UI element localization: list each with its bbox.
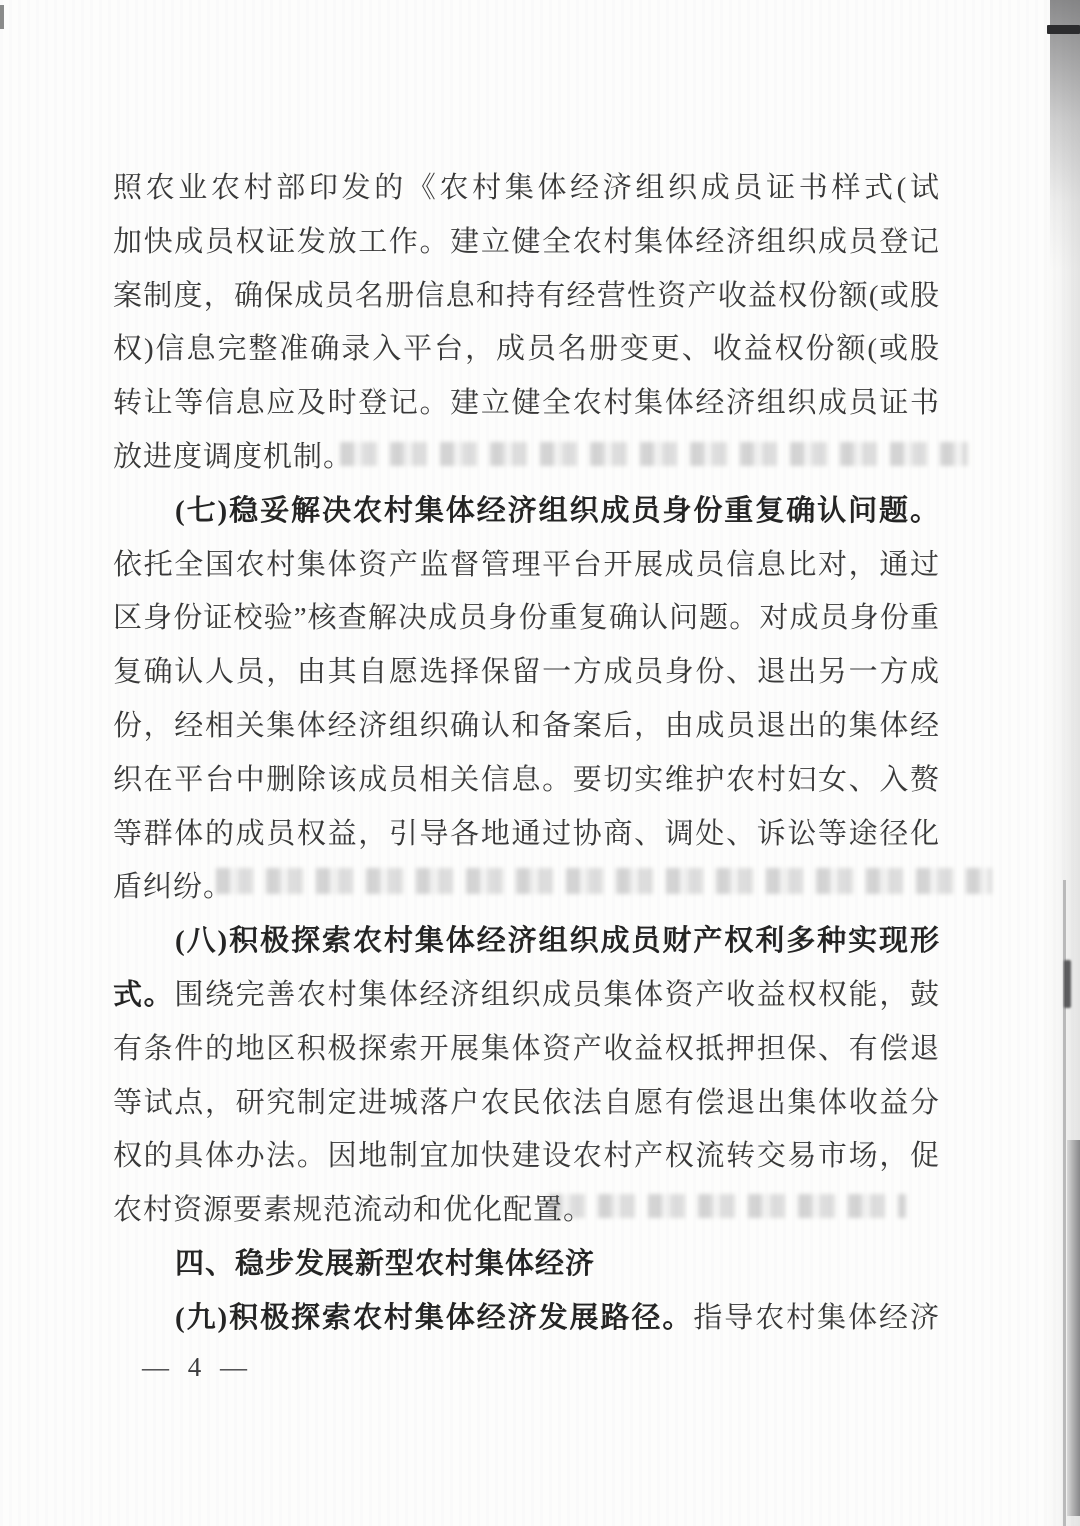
text-segment-bold: 式。 (113, 979, 174, 1011)
text-segment: 加快成员权证发放工作。建立健全农村集体经济组织成员登记备 (113, 226, 940, 270)
document-page: 照农业农村部印发的《农村集体经济组织成员证书样式(试行)》，加快成员权证发放工作… (0, 0, 1080, 1526)
text-line: (七)稳妥解决农村集体经济组织成员身份重复确认问题。 (113, 485, 940, 539)
text-line: 式。围绕完善农村集体经济组织成员集体资产收益权权能，鼓励 (113, 969, 940, 1023)
text-line: 四、稳步发展新型农村集体经济 (113, 1238, 940, 1292)
scan-edge-right-bottom (1067, 1140, 1080, 1516)
text-segment: 等群体的成员权益，引导各地通过协商、调处、诉讼等途径化解矛 (113, 818, 940, 862)
page-number: — 4 — (142, 1352, 253, 1383)
text-segment: 指导农村集体经济 (693, 1302, 940, 1334)
scan-edge-top-bar (0, 0, 672, 6)
text-line: 等试点，研究制定进城落户农民依法自愿有偿退出集体收益分配 (113, 1077, 940, 1131)
text-line: 等群体的成员权益，引导各地通过协商、调处、诉讼等途径化解矛 (113, 808, 940, 862)
text-segment: 照农业农村部印发的《农村集体经济组织成员证书样式(试行)》， (113, 172, 940, 216)
scan-edge-right-smudge (1064, 960, 1071, 1008)
text-line: 依托全国农村集体资产监督管理平台开展成员信息比对，通过“跨 (113, 539, 940, 593)
text-segment: 织在平台中删除该成员相关信息。要切实维护农村妇女、入赘婿 (113, 764, 940, 808)
text-segment: 放进度调度机制。 (113, 441, 353, 473)
text-line: (九)积极探索农村集体经济发展路径。指导农村集体经济 (113, 1292, 940, 1346)
document-lines: 照农业农村部印发的《农村集体经济组织成员证书样式(试行)》，加快成员权证发放工作… (113, 162, 940, 1346)
ink-bleed-artifact (216, 868, 992, 894)
text-segment: 有条件的地区积极探索开展集体资产收益权抵押担保、有偿退出 (113, 1033, 940, 1077)
text-segment: 复确认人员，由其自愿选择保留一方成员身份、退出另一方成员身 (113, 656, 940, 700)
text-segment-bold: (八)积极探索农村集体经济组织成员财产权利多种实现形 (175, 925, 940, 957)
text-line: 份，经相关集体经济组织确认和备案后，由成员退出的集体经济组 (113, 700, 940, 754)
text-line: 织在平台中删除该成员相关信息。要切实维护农村妇女、入赘婿 (113, 754, 940, 808)
scan-edge-right-top (1050, 0, 1080, 270)
text-segment: 区身份证校验”核查解决成员身份重复确认问题。对成员身份重 (113, 602, 940, 634)
text-line: 照农业农村部印发的《农村集体经济组织成员证书样式(试行)》， (113, 162, 940, 216)
text-segment-bold: (九)积极探索农村集体经济发展路径。 (175, 1302, 693, 1334)
text-line: 权)信息完整准确录入平台，成员名册变更、收益权份额(或股权) (113, 323, 940, 377)
text-segment: 权)信息完整准确录入平台，成员名册变更、收益权份额(或股权) (113, 333, 940, 377)
ink-bleed-artifact (340, 442, 968, 466)
text-line: 转让等信息应及时登记。建立健全农村集体经济组织成员证书发 (113, 377, 940, 431)
text-segment: 盾纠纷。 (113, 871, 233, 903)
text-line: (八)积极探索农村集体经济组织成员财产权利多种实现形 (113, 915, 940, 969)
text-line: 加快成员权证发放工作。建立健全农村集体经济组织成员登记备 (113, 216, 940, 270)
text-segment: 份，经相关集体经济组织确认和备案后，由成员退出的集体经济组 (113, 710, 940, 754)
text-segment-bold: 四、稳步发展新型农村集体经济 (175, 1248, 595, 1280)
text-line: 区身份证校验”核查解决成员身份重复确认问题。对成员身份重 (113, 592, 940, 646)
text-line: 权的具体办法。因地制宜加快建设农村产权流转交易市场，促进 (113, 1130, 940, 1184)
text-line: 案制度，确保成员名册信息和持有经营性资产收益权份额(或股 (113, 270, 940, 324)
text-segment-bold: (七)稳妥解决农村集体经济组织成员身份重复确认问题。 (175, 495, 940, 527)
scan-edge-right-dash (1047, 25, 1080, 34)
text-segment: 等试点，研究制定进城落户农民依法自愿有偿退出集体收益分配 (113, 1087, 940, 1131)
text-segment: 转让等信息应及时登记。建立健全农村集体经济组织成员证书发 (113, 387, 940, 431)
scan-edge-left-mark (0, 5, 4, 29)
text-segment: 权的具体办法。因地制宜加快建设农村产权流转交易市场，促进 (113, 1140, 940, 1184)
text-segment: 案制度，确保成员名册信息和持有经营性资产收益权份额(或股 (113, 280, 940, 312)
text-line: 复确认人员，由其自愿选择保留一方成员身份、退出另一方成员身 (113, 646, 940, 700)
ink-bleed-artifact (548, 1194, 906, 1218)
text-segment: 依托全国农村集体资产监督管理平台开展成员信息比对，通过“跨 (113, 549, 940, 593)
text-line: 有条件的地区积极探索开展集体资产收益权抵押担保、有偿退出 (113, 1023, 940, 1077)
text-segment: 围绕完善农村集体经济组织成员集体资产收益权权能，鼓励 (113, 979, 940, 1023)
text-segment: 农村资源要素规范流动和优化配置。 (113, 1194, 593, 1226)
